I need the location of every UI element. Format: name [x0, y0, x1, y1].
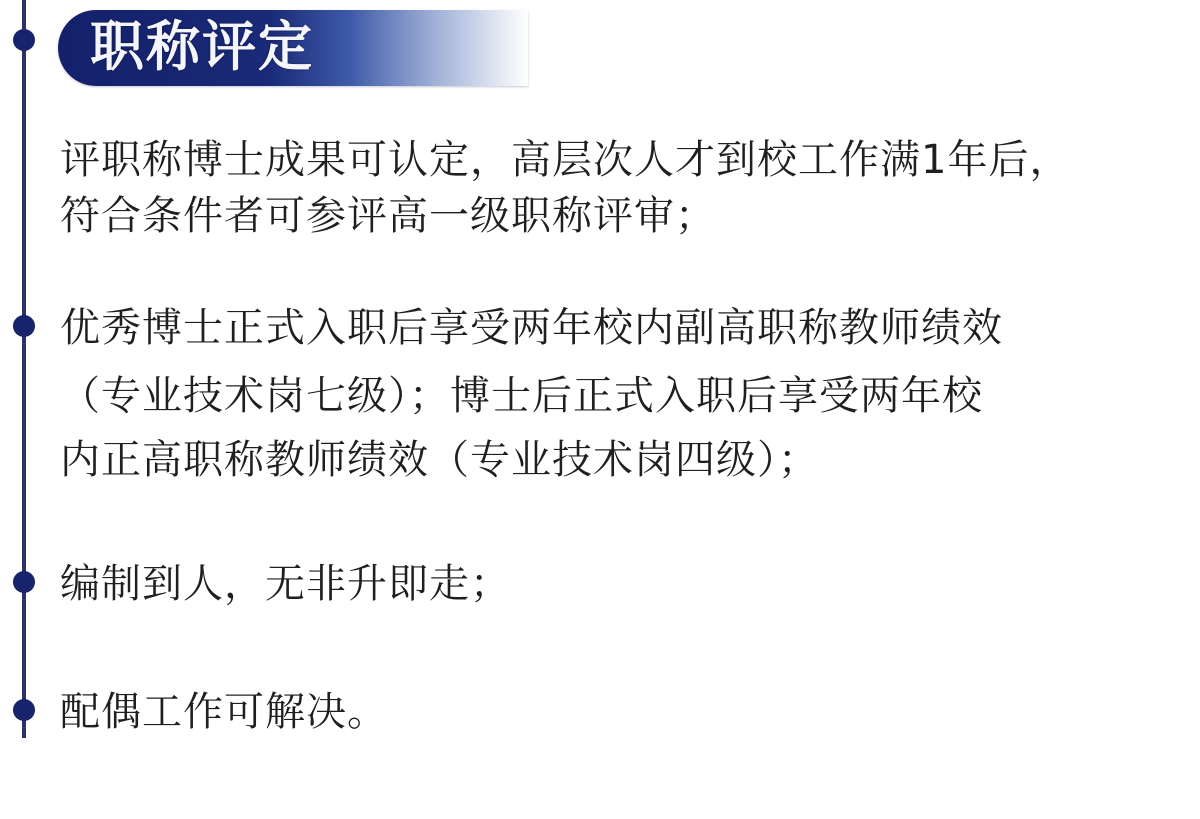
policy-item-1-line-2: 符合条件者可参评高一级职称评审； [60, 188, 716, 244]
timeline-dot-item-3 [13, 571, 35, 593]
policy-item-3-line-1: 编制到人，无非升即走； [60, 556, 511, 612]
policy-item-4-line-1: 配偶工作可解决。 [60, 684, 388, 740]
timeline-line [22, 0, 26, 738]
policy-item-2-line-1: 优秀博士正式入职后享受两年校内副高职称教师绩效 [60, 300, 1003, 356]
timeline-dot-item-4 [13, 699, 35, 721]
policy-item-2-line-3: 内正高职称教师绩效（专业技术岗四级）； [60, 432, 819, 488]
section-title: 职称评定 [90, 12, 314, 82]
timeline-dot-header [13, 29, 35, 51]
policy-item-2-line-2: （专业技术岗七级）；博士后正式入职后享受两年校 [60, 368, 983, 424]
policy-item-1-line-1: 评职称博士成果可认定，高层次人才到校工作满1年后， [60, 132, 1070, 188]
timeline-dot-item-2 [13, 315, 35, 337]
